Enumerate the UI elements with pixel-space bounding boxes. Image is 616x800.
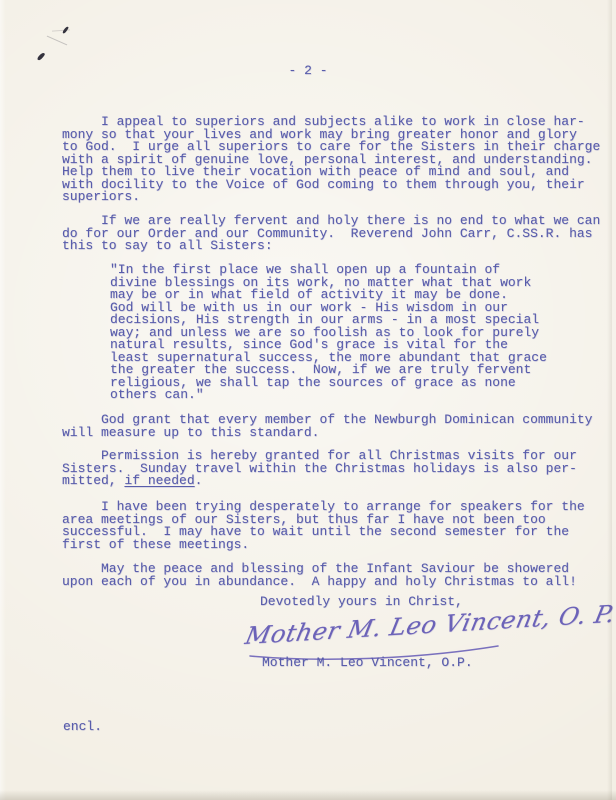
page-edge-shadow (607, 0, 612, 800)
page-edge-shadow (0, 790, 616, 800)
paragraph-fervent: If we are really fervent and holy there … (62, 215, 600, 253)
enclosure-note: encl. (63, 721, 102, 734)
scanned-letter-screenshot: - 2 - I appeal to superiors and subjects… (0, 0, 616, 800)
paragraph-speakers: I have been trying desperately to arrang… (62, 501, 585, 551)
paragraph-blessing: May the peace and blessing of the Infant… (62, 563, 577, 588)
permission-text-after: . (195, 473, 203, 488)
page-number: - 2 - (0, 65, 616, 78)
valediction: Devotedly yours in Christ, (260, 596, 463, 609)
underlined-phrase: if needed (124, 473, 194, 488)
ink-scratch (52, 29, 70, 31)
paragraph-permission: Permission is hereby granted for all Chr… (62, 450, 577, 488)
block-quote: "In the first place we shall open up a f… (110, 264, 547, 402)
signature-typed-name: Mother M. Leo Vincent, O.P. (262, 657, 473, 670)
letter-page: - 2 - I appeal to superiors and subjects… (0, 0, 616, 800)
ink-scratch (47, 36, 68, 46)
paragraph-appeal: I appeal to superiors and subjects alike… (62, 116, 600, 204)
ink-mark (37, 52, 46, 62)
paragraph-god-grant: God grant that every member of the Newbu… (62, 414, 593, 439)
page-edge-highlight (0, 0, 6, 800)
